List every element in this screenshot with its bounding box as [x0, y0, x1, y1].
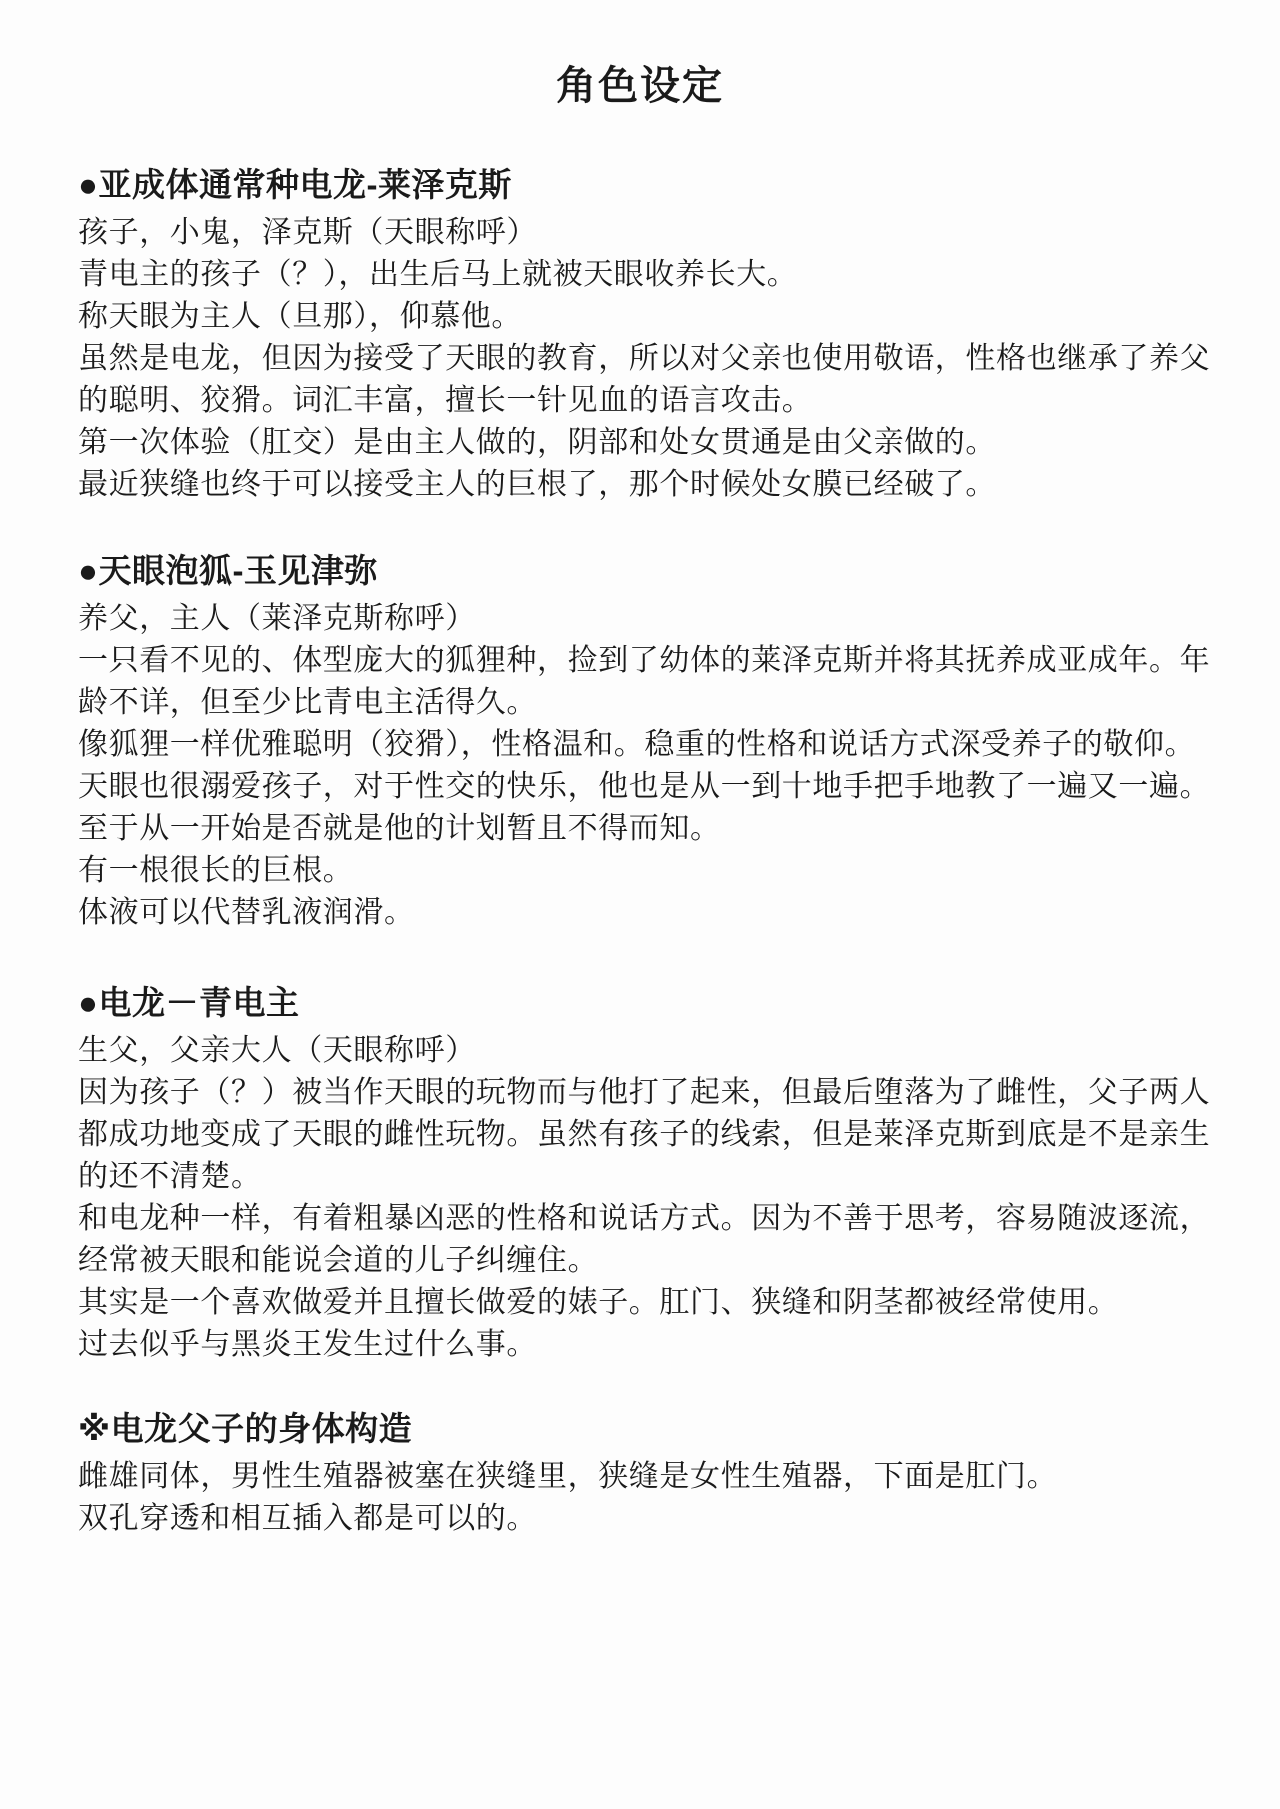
text-line: 生父，父亲大人（天眼称呼）: [78, 1030, 1224, 1072]
text-line: 养父，主人（莱泽克斯称呼）: [78, 598, 1224, 640]
text-line: 因为孩子（？）被当作天眼的玩物而与他打了起来，但最后堕落为了雌性，父子两人: [78, 1072, 1224, 1114]
section-heading-text: 电龙父子的身体构造: [111, 1410, 413, 1447]
text-line: 双孔穿透和相互插入都是可以的。: [78, 1498, 1224, 1540]
text-line: 雌雄同体，男性生殖器被塞在狭缝里，狭缝是女性生殖器，下面是肛门。: [78, 1456, 1224, 1498]
text-line: 的聪明、狡猾。词汇丰富，擅长一针见血的语言攻击。: [78, 380, 1224, 422]
section-heading: ●天眼泡狐-玉见津弥: [78, 548, 1224, 594]
page-title: 角色设定: [0, 62, 1280, 110]
text-line: 的还不清楚。: [78, 1156, 1224, 1198]
document-content: ●亚成体通常种电龙-莱泽克斯 孩子，小鬼，泽克斯（天眼称呼） 青电主的孩子（？）…: [78, 162, 1224, 1540]
text-line: 体液可以代替乳液润滑。: [78, 892, 1224, 934]
text-line: 其实是一个喜欢做爱并且擅长做爱的婊子。肛门、狭缝和阴茎都被经常使用。: [78, 1282, 1224, 1324]
text-line: 龄不详，但至少比青电主活得久。: [78, 682, 1224, 724]
note-icon: ※: [78, 1410, 111, 1447]
section-heading-text: 天眼泡狐-玉见津弥: [98, 552, 378, 589]
section-yujianjinmi: ●天眼泡狐-玉见津弥 养父，主人（莱泽克斯称呼） 一只看不见的、体型庞大的狐狸种…: [78, 548, 1224, 934]
section-heading: ●电龙－青电主: [78, 980, 1224, 1026]
text-line: 经常被天眼和能说会道的儿子纠缠住。: [78, 1240, 1224, 1282]
text-line: 最近狭缝也终于可以接受主人的巨根了，那个时候处女膜已经破了。: [78, 464, 1224, 506]
text-line: 过去似乎与黑炎王发生过什么事。: [78, 1324, 1224, 1366]
text-line: 和电龙种一样，有着粗暴凶恶的性格和说话方式。因为不善于思考，容易随波逐流，: [78, 1198, 1224, 1240]
text-line: 青电主的孩子（？），出生后马上就被天眼收养长大。: [78, 254, 1224, 296]
text-line: 都成功地变成了天眼的雌性玩物。虽然有孩子的线索，但是莱泽克斯到底是不是亲生: [78, 1114, 1224, 1156]
text-line: 孩子，小鬼，泽克斯（天眼称呼）: [78, 212, 1224, 254]
text-line: 至于从一开始是否就是他的计划暂且不得而知。: [78, 808, 1224, 850]
text-line: 称天眼为主人（旦那），仰慕他。: [78, 296, 1224, 338]
section-laizekesi: ●亚成体通常种电龙-莱泽克斯 孩子，小鬼，泽克斯（天眼称呼） 青电主的孩子（？）…: [78, 162, 1224, 506]
bullet-icon: ●: [78, 166, 98, 203]
section-body-structure-note: ※电龙父子的身体构造 雌雄同体，男性生殖器被塞在狭缝里，狭缝是女性生殖器，下面是…: [78, 1406, 1224, 1540]
bullet-icon: ●: [78, 984, 98, 1021]
section-qingdianzhu: ●电龙－青电主 生父，父亲大人（天眼称呼） 因为孩子（？）被当作天眼的玩物而与他…: [78, 980, 1224, 1366]
text-line: 第一次体验（肛交）是由主人做的，阴部和处女贯通是由父亲做的。: [78, 422, 1224, 464]
section-heading-text: 亚成体通常种电龙-莱泽克斯: [98, 166, 512, 203]
section-heading: ●亚成体通常种电龙-莱泽克斯: [78, 162, 1224, 208]
bullet-icon: ●: [78, 552, 98, 589]
text-line: 虽然是电龙，但因为接受了天眼的教育，所以对父亲也使用敬语，性格也继承了养父: [78, 338, 1224, 380]
section-heading-text: 电龙－青电主: [98, 984, 299, 1021]
text-line: 像狐狸一样优雅聪明（狡猾），性格温和。稳重的性格和说话方式深受养子的敬仰。: [78, 724, 1224, 766]
text-line: 有一根很长的巨根。: [78, 850, 1224, 892]
section-heading: ※电龙父子的身体构造: [78, 1406, 1224, 1452]
document-page: 角色设定 ●亚成体通常种电龙-莱泽克斯 孩子，小鬼，泽克斯（天眼称呼） 青电主的…: [0, 0, 1280, 1809]
text-line: 天眼也很溺爱孩子，对于性交的快乐，他也是从一到十地手把手地教了一遍又一遍。: [78, 766, 1224, 808]
text-line: 一只看不见的、体型庞大的狐狸种，捡到了幼体的莱泽克斯并将其抚养成亚成年。年: [78, 640, 1224, 682]
